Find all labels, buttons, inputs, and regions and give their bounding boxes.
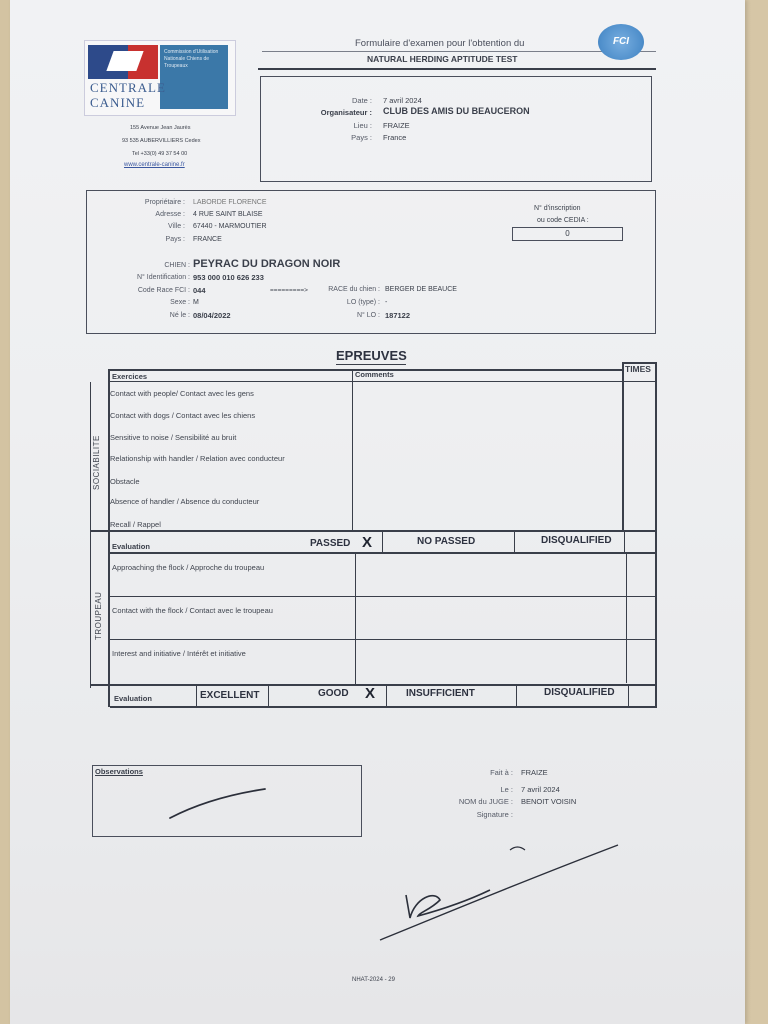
- logo-word-2: CANINE: [90, 95, 145, 111]
- header-bottom-line: [108, 381, 656, 382]
- judge-label: NOM du JUGE :: [440, 797, 513, 806]
- event-organizer-label: Organisateur :: [300, 108, 372, 117]
- dog-id: 953 000 010 626 233: [193, 273, 264, 282]
- troupeau-exercise-3: Interest and initiative / Intérêt et ini…: [112, 649, 246, 658]
- troupeau-eval-bottom: [110, 706, 656, 708]
- owner-name: LABORDE FLORENCE: [193, 199, 267, 206]
- title-rule-2: [258, 68, 656, 70]
- tr-eval-div2: [268, 685, 269, 707]
- troupeau-row-line2: [108, 639, 656, 640]
- dog-id-label: N° Identification :: [100, 274, 190, 281]
- soc-eval-div1: [382, 530, 383, 553]
- owner-label: Propriétaire :: [110, 199, 185, 206]
- option-insufficient[interactable]: INSUFFICIENT: [406, 688, 475, 699]
- owner-country: FRANCE: [193, 236, 222, 243]
- title-rule: [262, 51, 656, 52]
- comments-divider: [352, 369, 353, 531]
- registration-field: 0: [512, 227, 623, 241]
- form-title-line1: Formulaire d'examen pour l'obtention du: [355, 38, 524, 49]
- owner-address-label: Adresse :: [110, 211, 185, 218]
- sociabilite-exercise: Relationship with handler / Relation ave…: [110, 454, 285, 463]
- epreuves-underline: [336, 364, 406, 365]
- fci-logo-icon: FCI: [598, 24, 644, 60]
- done-at-label: Fait à :: [460, 768, 513, 777]
- judge-signature-icon: [370, 840, 630, 950]
- passed-checkmark[interactable]: X: [362, 534, 372, 551]
- event-place: FRAIZE: [383, 121, 410, 130]
- dog-label: CHIEN :: [110, 262, 190, 269]
- signature-label: Signature :: [460, 810, 513, 819]
- sex-label: Sexe :: [100, 299, 190, 306]
- sociabilite-exercise: Recall / Rappel: [110, 520, 161, 529]
- judge-name: BENOIT VOISIN: [521, 797, 576, 806]
- soc-eval-div3: [624, 530, 625, 553]
- sociabilite-exercise: Sensitive to noise / Sensibilité au brui…: [110, 433, 236, 442]
- observation-scribble-icon: [165, 785, 275, 825]
- org-address-1: 155 Avenue Jean Jaurès: [130, 125, 190, 131]
- owner-address: 4 RUE SAINT BLAISE: [193, 211, 263, 218]
- col-times: TIMES: [625, 364, 651, 374]
- soc-eval-div2: [514, 530, 515, 553]
- sociabilite-evaluation-label: Evaluation: [112, 542, 150, 551]
- owner-city-label: Ville :: [110, 223, 185, 230]
- section-sociabilite: SOCIABILITE: [92, 435, 101, 490]
- tr-eval-div4: [516, 685, 517, 707]
- logo-subtitle: Commission d'Utilisation Nationale Chien…: [164, 49, 224, 70]
- breed: BERGER DE BEAUCE: [385, 286, 457, 293]
- troupeau-exercise-2: Contact with the flock / Contact avec le…: [112, 606, 273, 615]
- event-date: 7 avril 2024: [383, 96, 422, 105]
- breed-code-label: Code Race FCI :: [100, 287, 190, 294]
- event-date-label: Date :: [320, 96, 372, 105]
- event-country: France: [383, 133, 406, 142]
- signoff-date: 7 avril 2024: [521, 785, 560, 794]
- org-address-2: 93 535 AUBERVILLIERS Cedex: [122, 138, 200, 144]
- section-outer-left: [90, 382, 91, 688]
- fci-text: FCI: [598, 36, 644, 47]
- form-title-line2: NATURAL HERDING APTITUDE TEST: [367, 54, 517, 64]
- sociabilite-exercise: Contact with dogs / Contact avec les chi…: [110, 411, 255, 420]
- lo-type-label: LO (type) :: [318, 299, 380, 306]
- epreuves-title: EPREUVES: [336, 348, 407, 363]
- sociabilite-exercise: Contact with people/ Contact avec les ge…: [110, 389, 254, 398]
- lo-number-label: N° LO :: [318, 312, 380, 319]
- logo-commission-badge: Commission d'Utilisation Nationale Chien…: [160, 45, 228, 109]
- option-passed[interactable]: PASSED: [310, 538, 350, 549]
- org-phone: Tel +33(0) 49 37 54 00: [132, 151, 187, 157]
- lo-number: 187122: [385, 311, 410, 320]
- breed-arrow: =========>: [270, 287, 308, 294]
- soc-eval-top: [90, 530, 656, 532]
- event-country-label: Pays :: [320, 133, 372, 142]
- sex: M: [193, 299, 199, 306]
- option-good[interactable]: GOOD: [318, 688, 349, 699]
- option-disqualified-troupeau[interactable]: DISQUALIFIED: [544, 687, 615, 698]
- event-organizer: CLUB DES AMIS DU BEAUCERON: [383, 106, 530, 116]
- option-disqualified[interactable]: DISQUALIFIED: [541, 535, 612, 546]
- logo-word-1: CENTRALE: [90, 80, 166, 96]
- tr-eval-div3: [386, 685, 387, 707]
- registration-label-2: ou code CEDIA :: [537, 217, 589, 224]
- lo-type: -: [385, 299, 387, 306]
- birth-date: 08/04/2022: [193, 311, 231, 320]
- breed-code: 044: [193, 286, 206, 295]
- form-footer-code: NHAT-2024 - 29: [352, 977, 395, 983]
- option-no-passed[interactable]: NO PASSED: [417, 536, 475, 547]
- tr-eval-div5: [628, 685, 629, 707]
- troupeau-row-line1: [108, 596, 656, 597]
- col-comments: Comments: [355, 370, 394, 379]
- table-border-right: [655, 362, 657, 708]
- troupeau-exercise-1: Approaching the flock / Approche du trou…: [112, 563, 264, 572]
- times-left-border: [622, 362, 624, 530]
- registration-label-1: N° d'inscription: [534, 205, 581, 212]
- sociabilite-exercise: Obstacle: [110, 477, 140, 486]
- done-at: FRAIZE: [521, 768, 548, 777]
- section-troupeau: TROUPEAU: [94, 592, 103, 640]
- tr-eval-div1: [196, 685, 197, 707]
- signoff-date-label: Le :: [460, 785, 513, 794]
- sociabilite-exercise: Absence of handler / Absence du conducte…: [110, 497, 259, 506]
- org-website-link[interactable]: www.centrale-canine.fr: [124, 162, 185, 168]
- troupeau-comment-divider: [355, 553, 356, 685]
- owner-country-label: Pays :: [110, 236, 185, 243]
- observations-label: Observations: [95, 767, 143, 776]
- col-exercises: Exercices: [112, 372, 147, 381]
- troupeau-times-divider: [626, 553, 627, 683]
- troupeau-evaluation-label: Evaluation: [114, 694, 152, 703]
- owner-city: 67440 - MARMOUTIER: [193, 223, 267, 230]
- dog-name: PEYRAC DU DRAGON NOIR: [193, 258, 340, 270]
- event-place-label: Lieu :: [320, 121, 372, 130]
- good-checkmark[interactable]: X: [365, 685, 375, 702]
- option-excellent[interactable]: EXCELLENT: [200, 690, 259, 701]
- birth-label: Né le :: [100, 312, 190, 319]
- event-info-box: [260, 76, 652, 182]
- logo-flag-icon: [88, 45, 158, 79]
- breed-label: RACE du chien :: [318, 286, 380, 293]
